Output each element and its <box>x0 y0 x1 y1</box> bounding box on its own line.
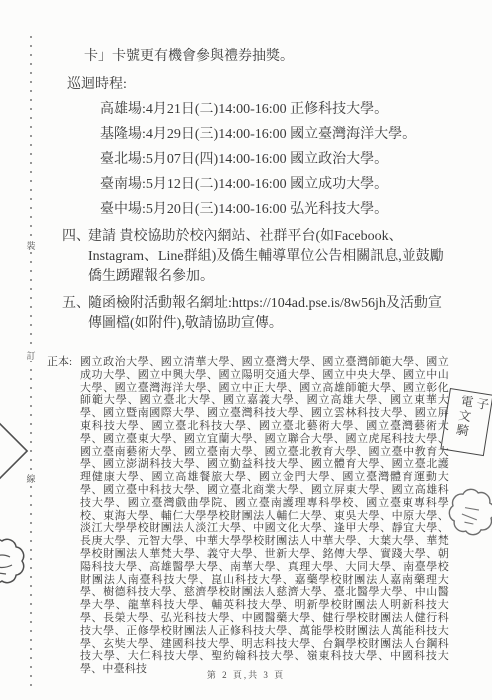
session-line: 高雄場:4月21日(二)14:00-16:00 正修科技大學。 <box>100 100 434 120</box>
session-line: 臺南場:5月12日(二)14:00-16:00 國立成功大學。 <box>100 175 434 195</box>
electronic-exchange-seal: 子 電文騎 <box>440 388 492 456</box>
session-line: 臺北場:5月07日(四)14:00-16:00 國立政治大學。 <box>100 150 434 170</box>
session-list: 高雄場:4月21日(二)14:00-16:00 正修科技大學。 基隆場:4月29… <box>100 100 434 220</box>
item-row: 四、 建請 貴校協助於校內網站、社群平台(如Facebook、Instagram… <box>62 227 446 287</box>
recipients-text: 國立政治大學、國立清華大學、國立臺灣大學、國立臺灣師範大學、國立成功大學、國立中… <box>80 356 449 675</box>
binding-dotted-line <box>30 36 32 692</box>
binding-char-ding: 訂 <box>25 351 37 361</box>
item-row: 五、 隨函檢附活動報名網址:https://104ad.pse.is/8w56j… <box>62 294 446 334</box>
recipients-label: 正本: <box>47 356 72 369</box>
flower-seal-right <box>444 484 492 540</box>
item-text: 建請 貴校協助於校內網站、社群平台(如Facebook、Instagram、Li… <box>88 229 444 284</box>
schedule-heading: 巡迴時程: <box>67 76 454 94</box>
receipt-stamp-diamond <box>0 416 32 486</box>
item-text: 隨函檢附活動報名網址:https://104ad.pse.is/8w56jh及活… <box>88 296 442 331</box>
item-number: 五、 <box>62 294 90 314</box>
session-line: 基隆場:4月29日(三)14:00-16:00 國立臺灣海洋大學。 <box>100 125 434 145</box>
document-page: 裝 訂 線 卡」卡號更有機會參與禮券抽獎。 巡迴時程: 高雄場:4月21日(二)… <box>0 0 492 700</box>
session-line: 臺中場:5月20日(三)14:00-16:00 弘光科技大學。 <box>100 200 434 220</box>
item-number: 四、 <box>62 227 90 247</box>
recipients-block: 正本: 國立政治大學、國立清華大學、國立臺灣大學、國立臺灣師範大學、國立成功大學… <box>47 356 449 676</box>
binding-char-zhuang: 裝 <box>25 241 37 251</box>
flower-seal-left <box>0 533 30 589</box>
continuation-text: 卡」卡號更有機會參與禮券抽獎。 <box>84 48 454 66</box>
page-footer: 第 2 頁,共 3 頁 <box>0 668 492 681</box>
letter-body: 卡」卡號更有機會參與禮券抽獎。 巡迴時程: 高雄場:4月21日(二)14:00-… <box>62 48 454 334</box>
